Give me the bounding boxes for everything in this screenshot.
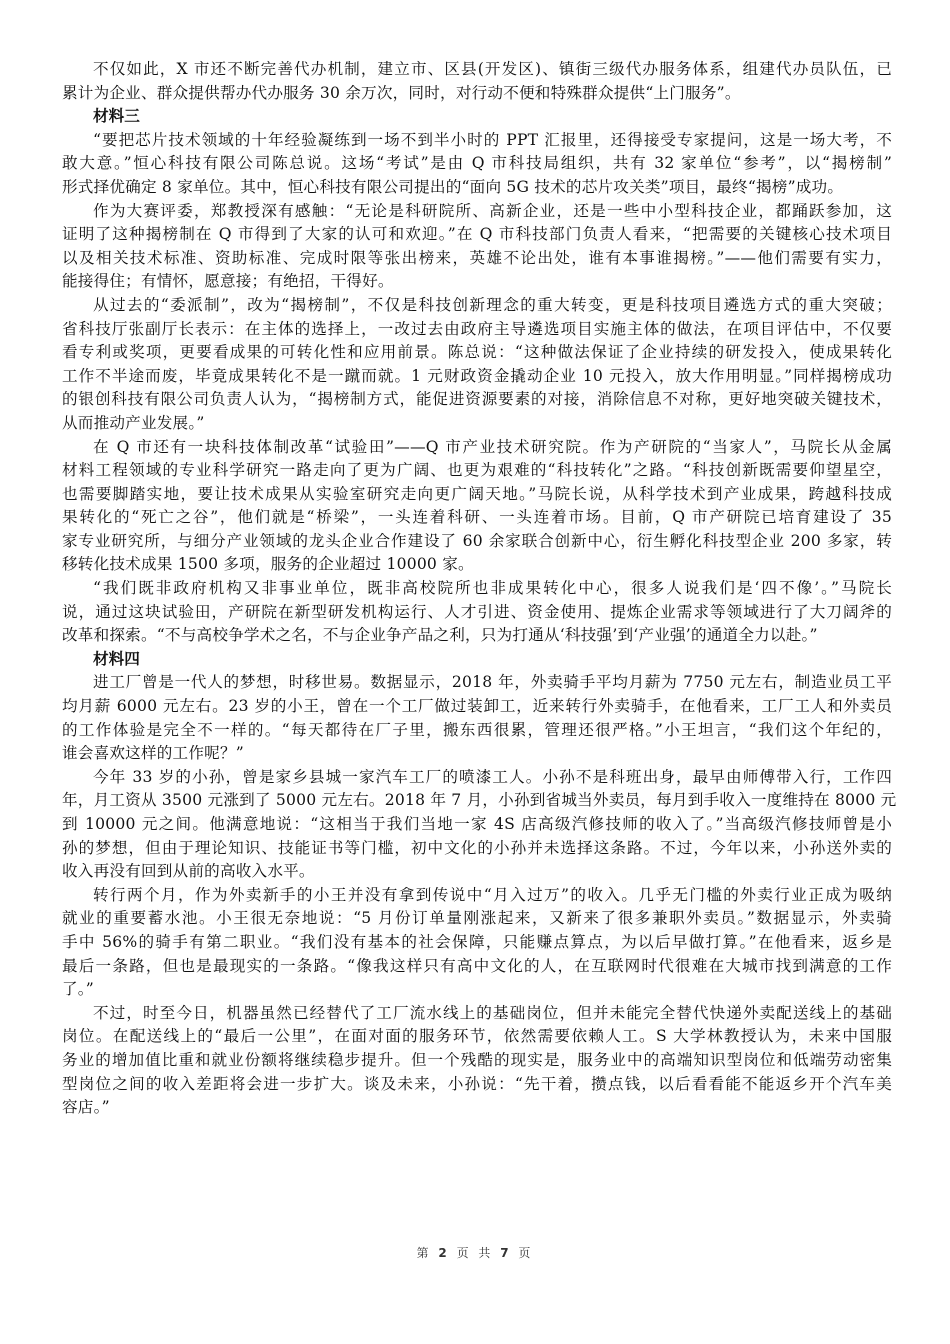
paragraph: 在 Q 市还有一块科技体制改革“试验田”——Q 市产业技术研究院。作为产研院的“… — [62, 436, 892, 578]
text-line: 说，通过这块试验田，产研院在新型研发机构运行、人才引进、资金使用、提炼企业需求等… — [62, 601, 892, 625]
paragraph: 不仅如此，X 市还不断完善代办机制，建立市、区县(开发区)、镇街三级代办服务体系… — [62, 58, 892, 105]
paragraph: “我们既非政府机构又非事业单位，既非高校院所也非成果转化中心，很多人说我们是‘四… — [62, 577, 892, 648]
text-line: 手中 56%的骑手有第二职业。“我们没有基本的社会保障，只能赚点算点，为以后早做… — [62, 931, 892, 955]
text-line: 作为大赛评委，郑教授深有感触：“无论是科研院所、高新企业，还是一些中小型科技企业… — [62, 200, 892, 224]
document-page: 不仅如此，X 市还不断完善代办机制，建立市、区县(开发区)、镇街三级代办服务体系… — [62, 58, 892, 1120]
text-line: 能接得住；有情怀，愿意接；有绝招，干得好。 — [62, 270, 892, 294]
footer-middle: 页 共 — [457, 1246, 494, 1260]
text-line: 省科技厅张副厅长表示：在主体的选择上，一改过去由政府主导遴选项目实施主体的做法，… — [62, 318, 892, 342]
total-pages-number: 7 — [500, 1246, 511, 1260]
text-line: 容店。” — [62, 1096, 892, 1120]
text-line: 家专业研究所，与细分产业领域的龙头企业合作建设了 60 余家联合创新中心，衍生孵… — [62, 530, 892, 554]
text-line: 就业的重要蓄水池。小王很无奈地说：“5 月份订单量刚涨起来，又新来了很多兼职外卖… — [62, 907, 892, 931]
paragraph: 不过，时至今日，机器虽然已经替代了工厂流水线上的基础岗位，但并未能完全替代快递外… — [62, 1002, 892, 1120]
text-line: 改革和探索。“不与高校争学术之名，不与企业争产品之利，只为打通从‘科技强’到‘产… — [62, 624, 892, 648]
text-line: 最后一条路，但也是最现实的一条路。“像我这样只有高中文化的人，在互联网时代很难在… — [62, 955, 892, 979]
text-line: “我们既非政府机构又非事业单位，既非高校院所也非成果转化中心，很多人说我们是‘四… — [62, 577, 892, 601]
text-line: 也需要脚踏实地，要让技术成果从实验室研究走向更广阔天地。”马院长说，从科学技术到… — [62, 483, 892, 507]
text-line: 进工厂曾是一代人的梦想，时移世易。数据显示，2018 年，外卖骑手平均月薪为 7… — [62, 671, 892, 695]
text-line: 到 10000 元之间。他满意地说：“这相当于我们当地一家 4S 店高级汽修技师… — [62, 813, 892, 837]
text-line: 务业的增加值比重和就业份额将继续稳步提升。但一个残酷的现实是，服务业中的高端知识… — [62, 1049, 892, 1073]
text-line: “要把芯片技术领域的十年经验凝练到一场不到半小时的 PPT 汇报里，还得接受专家… — [62, 129, 892, 153]
paragraph: 转行两个月，作为外卖新手的小王并没有拿到传说中“月入过万”的收入。几乎无门槛的外… — [62, 884, 892, 1002]
footer-suffix: 页 — [518, 1246, 533, 1260]
text-line: 的工作体验是完全不一样的。“每天都待在厂子里，搬东西很累，管理还很严格。”小王坦… — [62, 719, 892, 743]
section-heading: 材料四 — [62, 648, 892, 672]
text-line: 果转化的“死亡之谷”，他们就是“桥梁”，一头连着科研、一头连着市场。目前，Q 市… — [62, 506, 892, 530]
text-line: 了。” — [62, 978, 892, 1002]
text-line: 今年 33 岁的小孙，曾是家乡县城一家汽车工厂的喷漆工人。小孙不是科班出身，最早… — [62, 766, 892, 790]
text-line: 以及相关技术标准、资助标准、完成时限等张出榜来，英雄不论出处，谁有本事谁揭榜。”… — [62, 247, 892, 271]
text-line: 孙的梦想，但由于理论知识、技能证书等门槛，初中文化的小孙并未选择这条路。不过，今… — [62, 837, 892, 861]
text-line: 不仅如此，X 市还不断完善代办机制，建立市、区县(开发区)、镇街三级代办服务体系… — [62, 58, 892, 82]
section-heading: 材料三 — [62, 105, 892, 129]
text-line: 年，月工资从 3500 元涨到了 5000 元左右。2018 年 7 月，小孙到… — [62, 789, 892, 813]
current-page-number: 2 — [438, 1246, 449, 1260]
text-line: 不过，时至今日，机器虽然已经替代了工厂流水线上的基础岗位，但并未能完全替代快递外… — [62, 1002, 892, 1026]
text-line: 在 Q 市还有一块科技体制改革“试验田”——Q 市产业技术研究院。作为产研院的“… — [62, 436, 892, 460]
text-line: 从而推动产业发展。” — [62, 412, 892, 436]
text-line: 累计为企业、群众提供帮办代办服务 30 余万次，同时，对行动不便和特殊群众提供“… — [62, 82, 892, 106]
text-line: 移转化技术成果 1500 多项，服务的企业超过 10000 家。 — [62, 553, 892, 577]
text-line: 的银创科技有限公司负责人认为，“揭榜制方式，能促进资源要素的对接，消除信息不对称… — [62, 388, 892, 412]
footer-prefix: 第 — [417, 1246, 432, 1260]
text-line: 敢大意。”恒心科技有限公司陈总说。这场“考试”是由 Q 市科技局组织，共有 32… — [62, 152, 892, 176]
text-line: 工作不半途而废，毕竟成果转化不是一蹴而就。1 元财政资金撬动企业 10 元投入，… — [62, 365, 892, 389]
paragraph: “要把芯片技术领域的十年经验凝练到一场不到半小时的 PPT 汇报里，还得接受专家… — [62, 129, 892, 200]
text-line: 从过去的“委派制”，改为“揭榜制”，不仅是科技创新理念的重大转变，更是科技项目遴… — [62, 294, 892, 318]
text-line: 材料工程领域的专业科学研究一路走向了更为广阔、也更为艰难的“科技转化”之路。“科… — [62, 459, 892, 483]
paragraph: 今年 33 岁的小孙，曾是家乡县城一家汽车工厂的喷漆工人。小孙不是科班出身，最早… — [62, 766, 892, 884]
text-line: 转行两个月，作为外卖新手的小王并没有拿到传说中“月入过万”的收入。几乎无门槛的外… — [62, 884, 892, 908]
text-line: 型岗位之间的收入差距将会进一步扩大。谈及未来，小孙说：“先干着，攒点钱，以后看看… — [62, 1073, 892, 1097]
text-line: 岗位。在配送线上的“最后一公里”，在面对面的服务环节，依然需要依赖人工。S 大学… — [62, 1025, 892, 1049]
text-line: 均月薪 6000 元左右。23 岁的小王，曾在一个工厂做过装卸工，近来转行外卖骑… — [62, 695, 892, 719]
paragraph: 作为大赛评委，郑教授深有感触：“无论是科研院所、高新企业，还是一些中小型科技企业… — [62, 200, 892, 294]
page-footer: 第 2 页 共 7 页 — [0, 1244, 950, 1261]
text-line: 看专利或奖项，更要看成果的可转化性和应用前景。陈总说：“这种做法保证了企业持续的… — [62, 341, 892, 365]
paragraph: 从过去的“委派制”，改为“揭榜制”，不仅是科技创新理念的重大转变，更是科技项目遴… — [62, 294, 892, 436]
text-line: 收入再没有回到从前的高收入水平。 — [62, 860, 892, 884]
text-line: 证明了这种揭榜制在 Q 市得到了大家的认可和欢迎。”在 Q 市科技部门负责人看来… — [62, 223, 892, 247]
text-line: 形式择优确定 8 家单位。其中，恒心科技有限公司提出的“面向 5G 技术的芯片攻… — [62, 176, 892, 200]
text-line: 谁会喜欢这样的工作呢？” — [62, 742, 892, 766]
paragraph: 进工厂曾是一代人的梦想，时移世易。数据显示，2018 年，外卖骑手平均月薪为 7… — [62, 671, 892, 765]
